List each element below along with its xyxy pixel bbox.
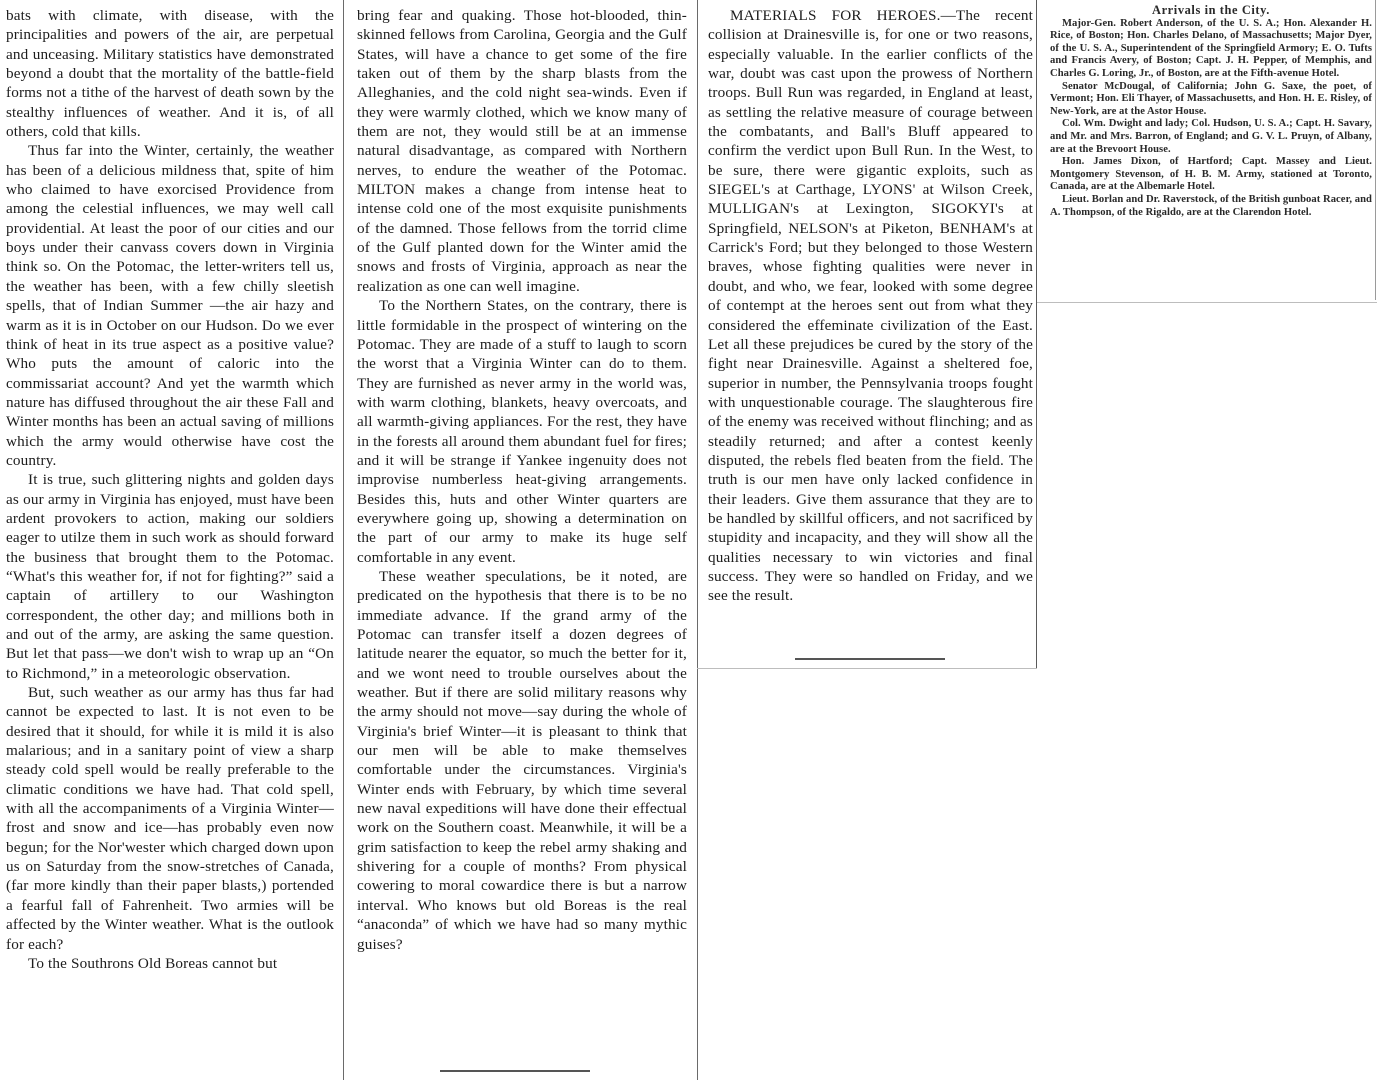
article-column-3: MATERIALS FOR HEROES.—The recent collisi… [708,6,1033,606]
paragraph: Hon. James Dixon, of Hartford; Capt. Mas… [1050,156,1372,194]
column-rule-1 [343,0,344,1080]
article-column-1: bats with climate, with disease, with th… [6,6,334,973]
paragraph: Senator McDougal, of California; John G.… [1050,81,1372,119]
paragraph: To the Northern States, on the contrary,… [357,296,687,567]
paragraph: But, such weather as our army has thus f… [6,683,334,954]
article-end-rule-3 [795,658,945,660]
paragraph-body: —The recent collision at Drainesville is… [708,7,1033,604]
paragraph: Lieut. Borlan and Dr. Raverstock, of the… [1050,194,1372,219]
article-heading: MATERIALS FOR HEROES. [730,7,941,24]
paragraph: bring fear and quaking. Those hot-bloode… [357,6,687,296]
article-end-rule-2 [440,1070,590,1072]
clipping-bottom-edge-4 [1037,302,1377,303]
paragraph: Col. Wm. Dwight and lady; Col. Hudson, U… [1050,118,1372,156]
paragraph: Major-Gen. Robert Anderson, of the U. S.… [1050,18,1372,81]
paragraph: It is true, such glittering nights and g… [6,470,334,683]
column-rule-3 [1036,0,1037,668]
paragraph: To the Southrons Old Boreas cannot but [6,954,334,973]
paragraph: Thus far into the Winter, certainly, the… [6,141,334,470]
article-column-2: bring fear and quaking. Those hot-bloode… [357,6,687,954]
paragraph: MATERIALS FOR HEROES.—The recent collisi… [708,6,1033,606]
arrivals-column: Arrivals in the City. Major-Gen. Robert … [1050,4,1372,219]
paragraph: These weather speculations, be it noted,… [357,567,687,954]
clipping-bottom-edge-3 [697,668,1037,669]
clipping-right-edge-4 [1375,0,1376,300]
column-rule-2 [697,0,698,1080]
arrivals-heading: Arrivals in the City. [1050,4,1372,17]
paragraph: bats with climate, with disease, with th… [6,6,334,141]
